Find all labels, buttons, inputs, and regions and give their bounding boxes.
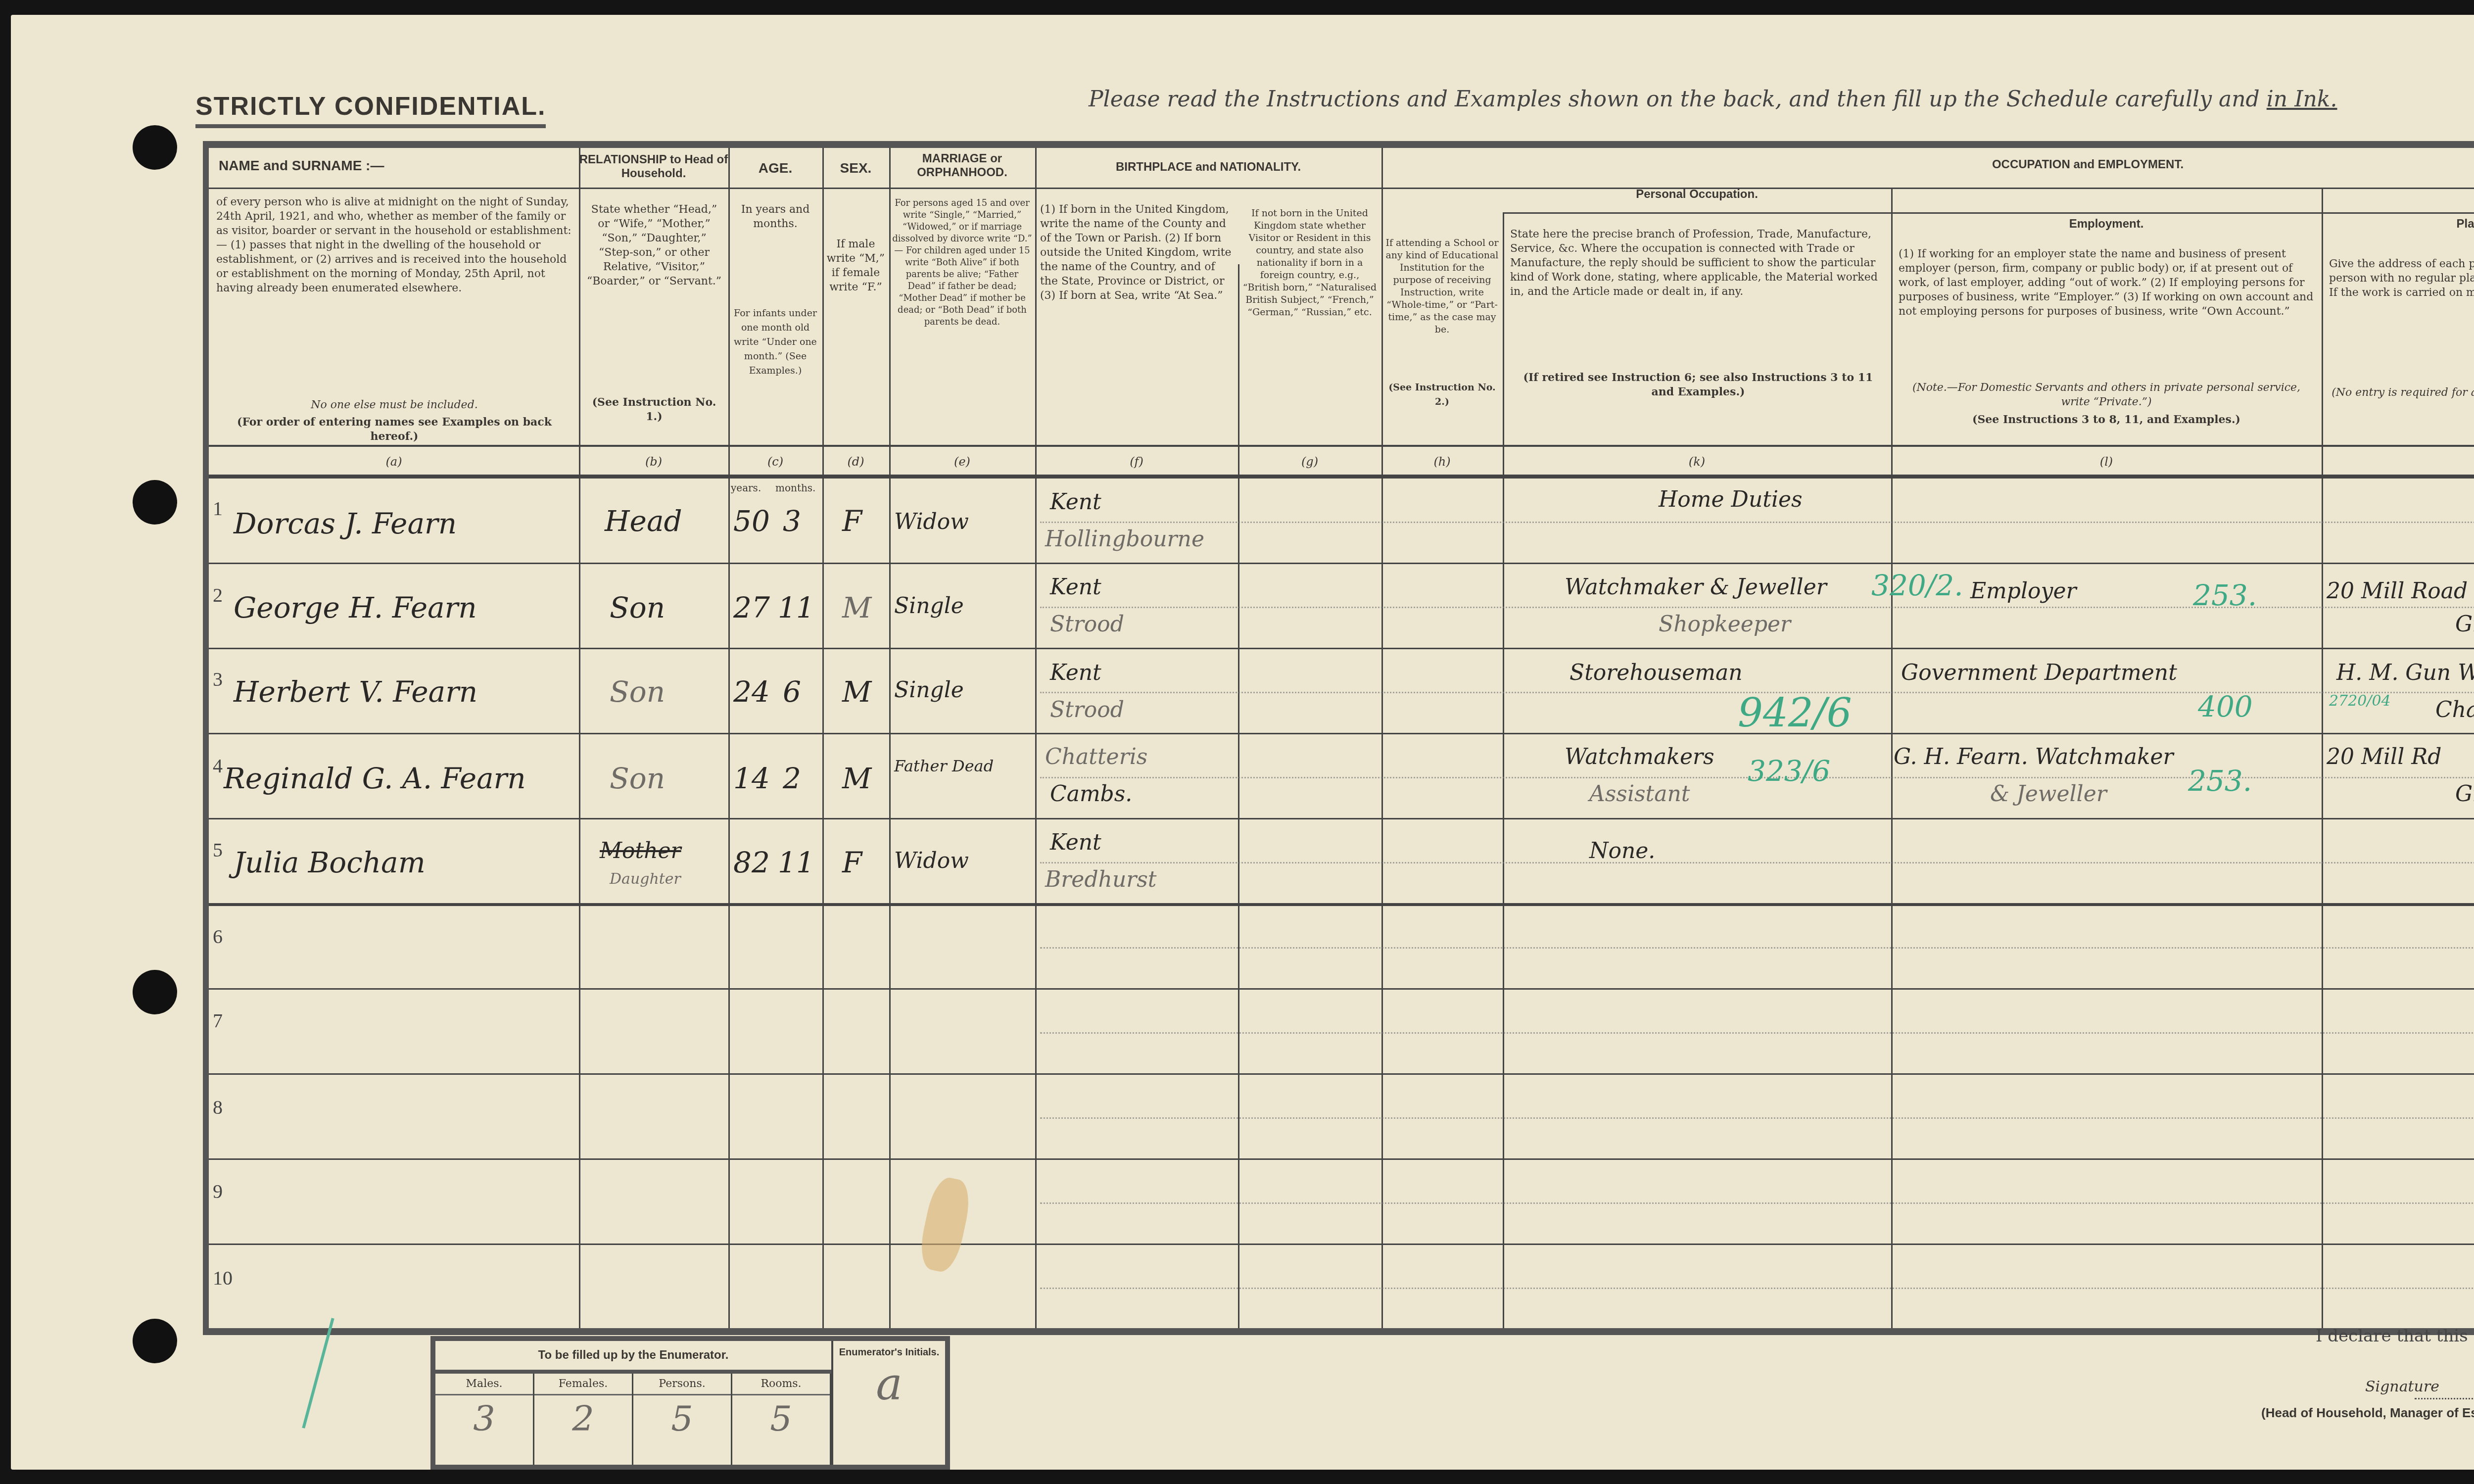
row-number: 2 (213, 583, 223, 607)
header-employment-note: (Note.—For Domestic Servants and others … (1899, 381, 2314, 409)
person-name: Reginald G. A. Fearn (224, 762, 526, 795)
employment-line2: & Jeweller (1990, 781, 2107, 807)
column-letter-c: (c) (728, 455, 822, 469)
personal-occupation: Watchmakers (1565, 744, 1714, 769)
column-letter-a: (a) (209, 455, 579, 469)
person-name: Herbert V. Fearn (234, 675, 477, 709)
age-years: 50 (733, 504, 770, 538)
punch-hole (133, 1319, 177, 1363)
header-sex-text: If male write “M,” if female write “F.” (825, 237, 887, 294)
row-number: 4 (213, 754, 223, 777)
row-number: 10 (213, 1266, 233, 1290)
column-letter-g: (g) (1238, 455, 1381, 469)
header-personal-note: (If retired see Instruction 6; see also … (1510, 371, 1886, 399)
personal-occupation: Storehouseman (1570, 660, 1742, 685)
age-years: 82 (733, 846, 770, 879)
declaration-text: I declare that this Schedule is correctl… (2316, 1326, 2474, 1346)
header-occupation-group: OCCUPATION and EMPLOYMENT. (1503, 158, 2474, 172)
marital-status: Widow (894, 509, 969, 534)
age-months: 6 (783, 675, 801, 709)
age-years: 14 (733, 762, 770, 795)
header-birthplace: BIRTHPLACE and NATIONALITY. (1035, 160, 1381, 174)
marital-status: Father Dead (894, 757, 1033, 775)
age-months: 11 (778, 591, 814, 624)
header-birthplace-f-text: (1) If born in the United Kingdom, write… (1040, 202, 1236, 303)
header-personal-text: State here the precise branch of Profess… (1510, 227, 1886, 299)
birth-county: Kent (1050, 489, 1101, 515)
employment-code: 253. (2188, 764, 2252, 798)
employment-code: 400 (2198, 690, 2253, 723)
header-age-note: For infants under one month old write “U… (731, 306, 820, 378)
age-months: 2 (783, 762, 801, 795)
column-letter-b: (b) (579, 455, 728, 469)
employment-code: 253. (2193, 578, 2257, 612)
signature-line (2415, 1398, 2474, 1399)
birth-county: Kent (1050, 660, 1101, 685)
header-sex: SEX. (822, 160, 889, 176)
personal-occupation-line2: Shopkeeper (1659, 612, 1791, 637)
punch-hole (133, 480, 177, 525)
column-letter-l: (l) (1891, 455, 2322, 469)
header-school-note: (See Instruction No. 2.) (1384, 381, 1500, 409)
column-letter-m: (m) (2322, 455, 2474, 469)
marital-status: Widow (894, 848, 969, 873)
person-name: George H. Fearn (234, 591, 477, 624)
age-months-sublabel: months. (775, 482, 815, 494)
header-name: NAME and SURNAME :— (209, 158, 579, 174)
age-months: 11 (778, 846, 814, 879)
place-code: 2720/04 (2329, 692, 2391, 710)
females-cell: Females.2 (534, 1374, 633, 1465)
occupation-code: 320/2. (1871, 569, 1963, 602)
rooms-cell: Rooms.5 (732, 1374, 831, 1465)
header-personal-occupation: Personal Occupation. (1503, 188, 1891, 201)
header-marriage: MARRIAGE or ORPHANHOOD. (889, 152, 1035, 180)
signature-label: Signature (2365, 1378, 2439, 1395)
header-employment-note2: (See Instructions 3 to 8, 11, and Exampl… (1899, 413, 2314, 427)
header-name-note2: (For order of entering names see Example… (216, 415, 572, 444)
person-name: Dorcas J. Fearn (234, 507, 457, 540)
sex: M (842, 675, 871, 709)
header-relationship-text: State whether “Head,” or “Wife,” “Mother… (585, 202, 723, 288)
age-years: 24 (733, 675, 770, 709)
instruction-line: Please read the Instructions and Example… (1089, 87, 2337, 112)
males-cell: Males.3 (435, 1374, 534, 1465)
person-name: Julia Bocham (234, 846, 426, 879)
header-place-of-work: Place of Work. (2322, 217, 2474, 231)
row-number: 8 (213, 1096, 223, 1119)
place-of-work-line2: Gillingham (2455, 612, 2474, 637)
header-age: AGE. (728, 160, 822, 176)
household-table: NAME and SURNAME :— of every person who … (203, 141, 2474, 1335)
enumerator-box-header: To be filled up by the Enumerator. (435, 1341, 831, 1374)
header-marriage-text: For persons aged 15 and over write “Sing… (892, 197, 1033, 328)
column-letter-e: (e) (889, 455, 1035, 469)
row-number: 6 (213, 925, 223, 948)
relationship: Son (610, 591, 665, 624)
relationship: Son (610, 762, 665, 795)
personal-occupation: Watchmaker & Jeweller (1565, 574, 1827, 600)
place-of-work: H. M. Gun Wharf (2336, 660, 2474, 685)
header-place-note: (No entry is required for any person who… (2329, 385, 2474, 414)
place-of-work: 20 Mill Rd (2327, 744, 2442, 769)
sex: M (842, 591, 871, 624)
place-of-work-line2: Gillingham (2455, 781, 2474, 807)
header-age-text: In years and months. (731, 202, 820, 231)
sex: M (842, 762, 871, 795)
enumerator-initials: Enumerator's Initials.a (831, 1341, 945, 1465)
header-relationship: RELATIONSHIP to Head of Household. (579, 153, 728, 181)
employment: Government Department (1901, 660, 2177, 685)
header-relationship-note: (See Instruction No. 1.) (585, 395, 723, 424)
employment: Employer (1970, 578, 2077, 604)
place-of-work: 20 Mill Road (2327, 578, 2468, 604)
employment: G. H. Fearn. Watchmaker (1894, 744, 2174, 769)
relationship: Son (610, 675, 665, 709)
column-letter-h: (h) (1381, 455, 1503, 469)
header-place-text: Give the address of each person’s place … (2329, 257, 2474, 300)
signature-caption: (Head of Household, Manager of Establish… (2261, 1405, 2474, 1421)
birth-town: Hollingbourne (1045, 527, 1204, 552)
row-number: 1 (213, 497, 223, 520)
column-letter-d: (d) (822, 455, 889, 469)
relationship: Head (605, 504, 682, 538)
column-letter-k: (k) (1503, 455, 1891, 469)
birth-county: Kent (1050, 830, 1101, 855)
header-name-text: of every person who is alive at midnight… (216, 195, 572, 295)
birth-town: Bredhurst (1045, 867, 1157, 892)
punch-hole (133, 970, 177, 1014)
birth-town: Strood (1050, 612, 1124, 637)
column-letter-f: (f) (1035, 455, 1238, 469)
header-employment: Employment. (1891, 217, 2322, 231)
age-years-sublabel: years. (731, 482, 761, 494)
personal-occupation-line2: Assistant (1589, 781, 1690, 807)
header-name-note: No one else must be included. (216, 398, 572, 412)
birth-town: Cambs. (1050, 781, 1132, 807)
row-number: 7 (213, 1009, 223, 1032)
relationship: Mother (600, 838, 681, 863)
age-years: 27 (733, 591, 770, 624)
enumerator-box: To be filled up by the Enumerator. Males… (430, 1336, 950, 1470)
relationship-correction: Daughter (610, 870, 681, 888)
occupation-code: 323/6 (1748, 754, 1830, 788)
marital-status: Single (894, 677, 964, 703)
header-employment-text: (1) If working for an employer state the… (1899, 247, 2314, 319)
row-number: 5 (213, 838, 223, 862)
personal-occupation: None. (1589, 838, 1655, 863)
row-number: 9 (213, 1180, 223, 1203)
row-number: 3 (213, 668, 223, 691)
occupation-code: 942/6 (1738, 690, 1852, 736)
sex: F (842, 504, 862, 538)
persons-cell: Persons.5 (633, 1374, 732, 1465)
birth-county: Kent (1050, 574, 1101, 600)
birth-county: Chatteris (1045, 744, 1147, 769)
sex: F (842, 846, 862, 879)
place-of-work-line2: Chatham (2435, 697, 2474, 722)
personal-occupation: Home Duties (1659, 487, 1803, 512)
header-school-text: If attending a School or any kind of Edu… (1384, 237, 1500, 336)
document-title: STRICTLY CONFIDENTIAL. (195, 92, 546, 128)
birth-town: Strood (1050, 697, 1124, 722)
marital-status: Single (894, 593, 964, 619)
header-birthplace-g-text: If not born in the United Kingdom state … (1240, 207, 1379, 319)
age-months: 3 (783, 504, 801, 538)
punch-hole (133, 125, 177, 170)
